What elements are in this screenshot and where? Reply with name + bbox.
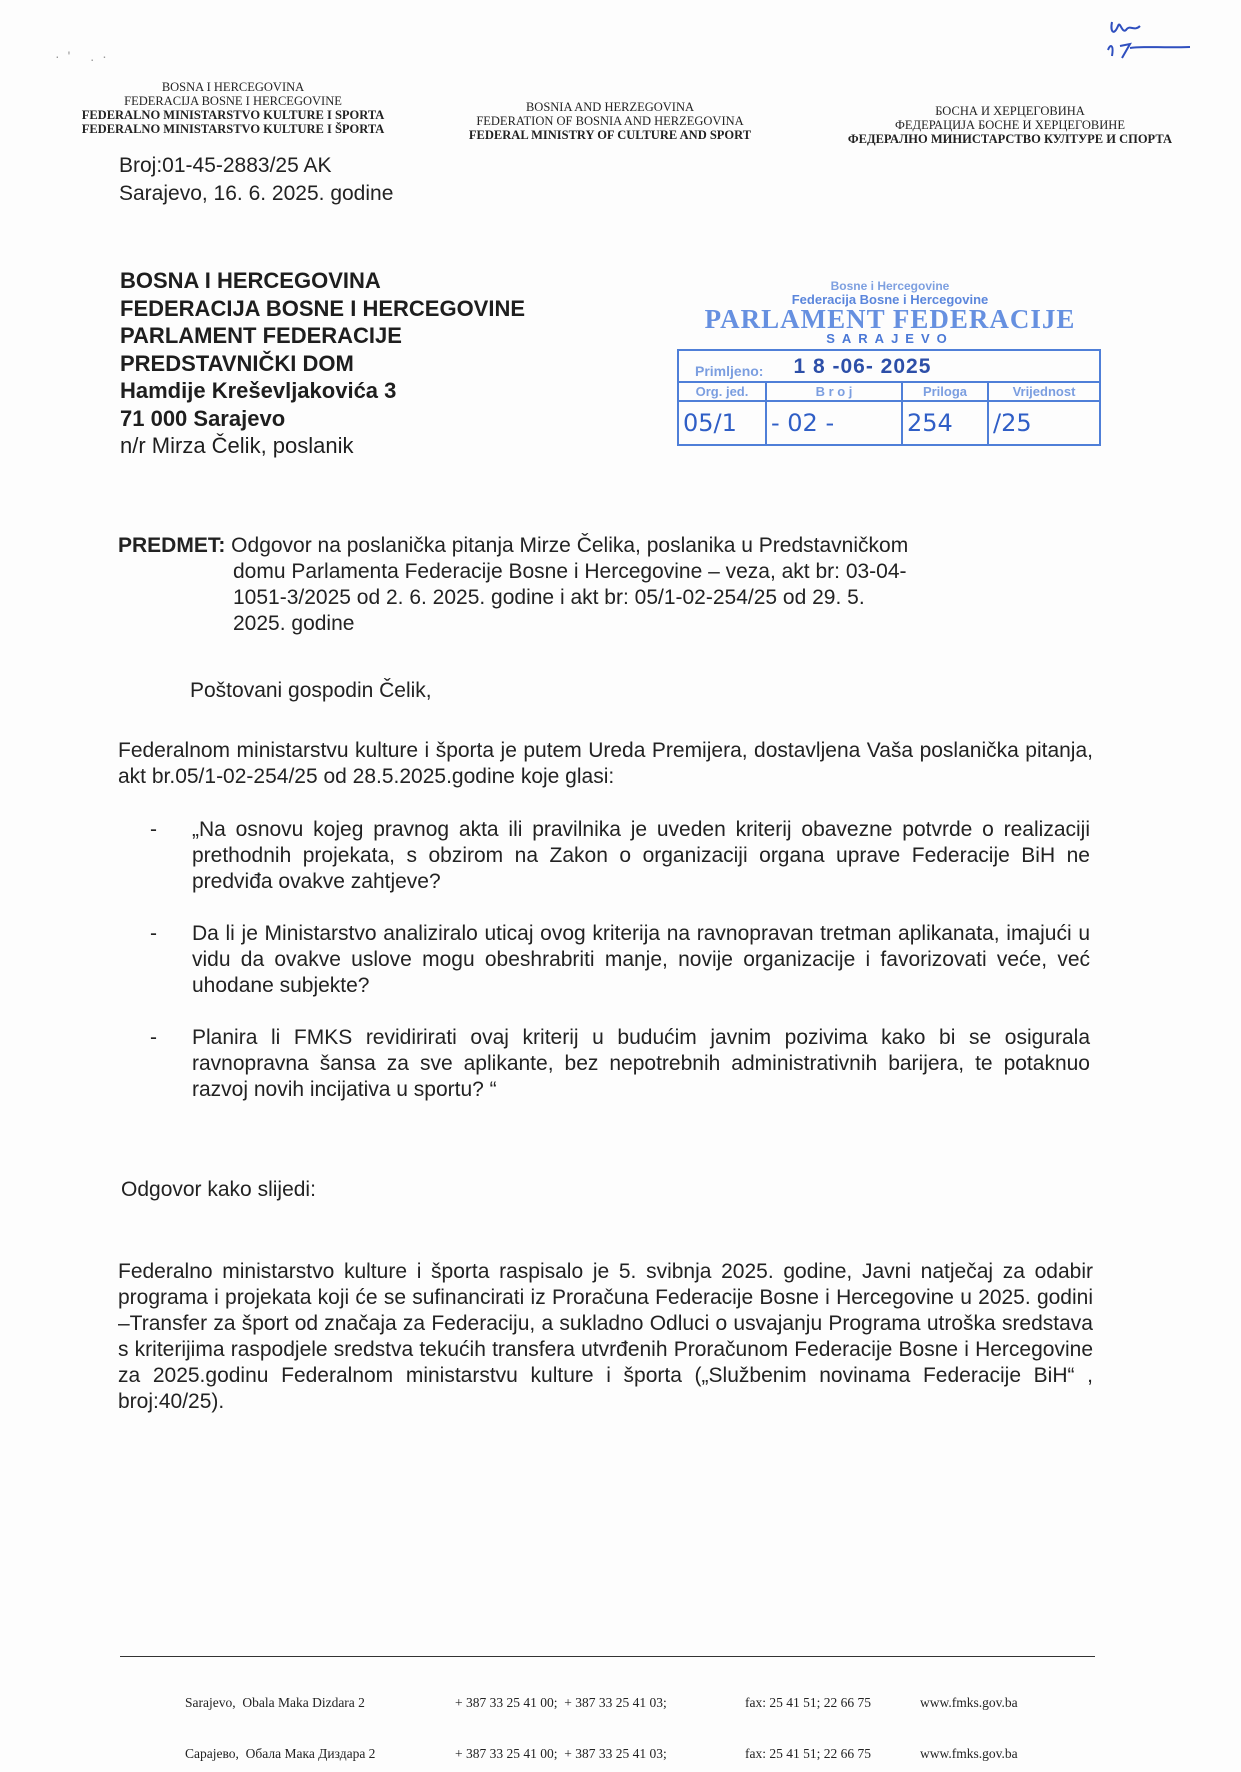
reference-number: Broj:01-45-2883/25 AK — [119, 152, 331, 179]
scan-specks: ·' .· — [55, 48, 115, 64]
footer-address-latin: Sarajevo, Obala Maka Dizdara 2 — [185, 1694, 375, 1711]
footer-fax-line: fax: 25 41 51; 22 66 75 — [745, 1694, 871, 1711]
letterhead-country-en: BOSNIA AND HERZEGOVINA — [440, 100, 780, 114]
stamp-value-number: - 02 - — [767, 402, 903, 444]
letterhead-country: BOSNA I HERCEGOVINA — [48, 80, 418, 94]
subject-block: PREDMET: Odgovor na poslanička pitanja M… — [118, 533, 1068, 637]
question-text: „Na osnovu kojeg pravnog akta ili pravil… — [192, 817, 1090, 895]
stamp-received-date: 1 8 -06- 2025 — [793, 355, 931, 379]
stamp-received-label: Primljeno: — [695, 363, 763, 379]
handwritten-initials — [1100, 14, 1200, 64]
footer-fax-line: fax: 25 41 51; 22 66 75 — [745, 1745, 871, 1762]
dash-bullet: - — [150, 817, 192, 895]
recipient-attention: n/r Mirza Čelik, poslanik — [120, 432, 525, 460]
letterhead-entity-en: FEDERATION OF BOSNIA AND HERZEGOVINA — [440, 114, 780, 128]
stamp-value-value: /25 — [989, 402, 1099, 444]
footer-website-link[interactable]: www.fmks.gov.ba — [920, 1745, 1018, 1762]
footer-website-link[interactable]: www.fmks.gov.ba — [920, 1694, 1018, 1711]
letterhead-entity: FEDERACIJA BOSNE I HERCEGOVINE — [48, 94, 418, 108]
intro-paragraph: Federalnom ministarstvu kulture i športa… — [118, 738, 1093, 790]
subject-line: 2025. godine — [118, 611, 1068, 637]
greeting: Poštovani gospodin Čelik, — [190, 678, 432, 704]
footer-phone-line: + 387 33 25 41 00; + 387 33 25 41 03; — [455, 1694, 667, 1711]
footer-fax: fax: 25 41 51; 22 66 75 fax: 25 41 51; 2… — [745, 1660, 871, 1772]
recipient-street: Hamdije Kreševljakovića 3 — [120, 377, 525, 405]
letterhead-english: BOSNIA AND HERZEGOVINA FEDERATION OF BOS… — [440, 100, 780, 142]
answer-intro: Odgovor kako slijedi: — [121, 1177, 316, 1203]
letterhead-country-cyr: БОСНА И ХЕРЦЕГОВИНА — [810, 104, 1210, 118]
parliament-received-stamp: Bosne i Hercegovine Federacija Bosne i H… — [675, 280, 1105, 446]
recipient-line: PARLAMENT FEDERACIJE — [120, 322, 525, 350]
question-text: Planira li FMKS revidirirati ovaj kriter… — [192, 1025, 1090, 1103]
footer-divider — [120, 1656, 1095, 1657]
footer-website: www.fmks.gov.ba www.fmks.gov.ba — [920, 1660, 1018, 1772]
subject-line: 1051-3/2025 od 2. 6. 2025. godine i akt … — [118, 585, 1068, 611]
stamp-value-attachments: 254 — [903, 402, 989, 444]
list-item: - Planira li FMKS revidirirati ovaj krit… — [150, 1025, 1090, 1103]
letterhead-ministry-cyr: ФЕДЕРАЛНО МИНИСТАРСТВО КУЛТУРЕ И СПОРТА — [810, 132, 1210, 146]
list-item: - Da li je Ministarstvo analiziralo utic… — [150, 921, 1090, 999]
answer-paragraph: Federalno ministarstvo kulture i športa … — [118, 1259, 1093, 1415]
recipient-line: FEDERACIJA BOSNE I HERCEGOVINE — [120, 295, 525, 323]
question-text: Da li je Ministarstvo analiziralo uticaj… — [192, 921, 1090, 999]
recipient-line: PREDSTAVNIČKI DOM — [120, 350, 525, 378]
recipient-address: BOSNA I HERCEGOVINA FEDERACIJA BOSNE I H… — [120, 267, 525, 460]
list-item: - „Na osnovu kojeg pravnog akta ili prav… — [150, 817, 1090, 895]
stamp-header-attachments: Priloga — [903, 383, 989, 400]
footer-address-cyrillic: Сарајево, Обала Мака Диздара 2 — [185, 1745, 375, 1762]
recipient-line: BOSNA I HERCEGOVINA — [120, 267, 525, 295]
dash-bullet: - — [150, 1025, 192, 1103]
stamp-received: Primljeno: 1 8 -06- 2025 — [679, 351, 947, 381]
dash-bullet: - — [150, 921, 192, 999]
stamp-title: PARLAMENT FEDERACIJE — [675, 306, 1105, 332]
stamp-value-org: 05/1 — [679, 402, 767, 444]
letterhead-bosnian: BOSNA I HERCEGOVINA FEDERACIJA BOSNE I H… — [48, 80, 418, 136]
subject-line: domu Parlamenta Federacije Bosne i Herce… — [118, 559, 1068, 585]
questions-list: - „Na osnovu kojeg pravnog akta ili prav… — [150, 817, 1090, 1129]
recipient-city: 71 000 Sarajevo — [120, 405, 525, 433]
footer-phones: + 387 33 25 41 00; + 387 33 25 41 03; + … — [455, 1660, 667, 1772]
letterhead-entity-cyr: ФЕДЕРАЦИЈА БОСНЕ И ХЕРЦЕГОВИНЕ — [810, 118, 1210, 132]
stamp-register-table: Primljeno: 1 8 -06- 2025 Org. jed. B r o… — [677, 349, 1101, 446]
subject-line: Odgovor na poslanička pitanja Mirze Čeli… — [225, 534, 908, 557]
footer-phone-line: + 387 33 25 41 00; + 387 33 25 41 03; — [455, 1745, 667, 1762]
subject-label: PREDMET: — [118, 534, 225, 557]
document-date: Sarajevo, 16. 6. 2025. godine — [119, 180, 393, 207]
footer-address: Sarajevo, Obala Maka Dizdara 2 Сарајево,… — [185, 1660, 375, 1772]
letterhead-cyrillic: БОСНА И ХЕРЦЕГОВИНА ФЕДЕРАЦИЈА БОСНЕ И Х… — [810, 104, 1210, 146]
stamp-header-number: B r o j — [767, 383, 903, 400]
stamp-header-org: Org. jed. — [679, 383, 767, 400]
letterhead-ministry-croatian: FEDERALNO MINISTARSTVO KULTURE I ŠPORTA — [48, 122, 418, 136]
letterhead-ministry: FEDERALNO MINISTARSTVO KULTURE I SPORTA — [48, 108, 418, 122]
stamp-header-value: Vrijednost — [989, 383, 1099, 400]
letterhead-ministry-en: FEDERAL MINISTRY OF CULTURE AND SPORT — [440, 128, 780, 142]
